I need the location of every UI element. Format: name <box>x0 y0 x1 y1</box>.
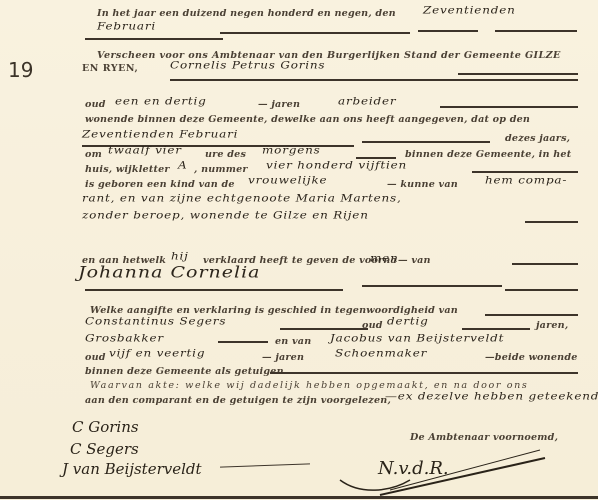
print-om: om <box>85 149 102 160</box>
hand-hem-compa: hem compa- <box>485 174 567 186</box>
signature-official-flourish <box>330 440 560 500</box>
rule <box>218 341 268 343</box>
birth-certificate-page: 19 In het jaar een duizend negen honderd… <box>0 0 598 500</box>
print-huis-wijkletter: huis, wijkletter <box>85 164 170 175</box>
hand-house-number: vier honderd vijftien <box>266 159 407 171</box>
margin-record-number: 19 <box>8 58 33 82</box>
signature-witness-1: C Segers <box>70 440 139 458</box>
print-jaren-3: — jaren <box>262 352 304 363</box>
print-geboren: is geboren een kind van de <box>85 179 235 190</box>
rule <box>170 79 578 81</box>
print-oud: oud <box>85 99 106 110</box>
print-als-getuigen: binnen deze Gemeente als getuigen <box>85 366 284 377</box>
hand-declarant-age: een en dertig <box>115 95 207 107</box>
hand-sex: vrouwelijke <box>248 174 327 186</box>
print-binnen-gemeente: binnen deze Gemeente, in het <box>405 149 571 160</box>
rule <box>418 30 478 32</box>
print-line-6: wonende binnen deze Gemeente, dewelke aa… <box>85 114 530 125</box>
hand-signed-note: —ex dezelve hebben geteekend <box>385 390 598 402</box>
rule <box>512 263 578 265</box>
rule <box>362 285 502 287</box>
hand-mother: rant, en van zijne echtgenoote Maria Mar… <box>82 192 402 204</box>
hand-birth-date: Zeventienden Februari <box>82 128 238 140</box>
rule <box>472 171 578 173</box>
hand-morgens: morgens <box>262 144 321 156</box>
hand-witness1-age: dertig <box>387 315 429 327</box>
rule <box>220 32 410 34</box>
print-oud-2: oud <box>362 320 383 331</box>
print-beide-wonende: —beide wonende <box>485 352 578 363</box>
hand-witness2-age: vijf en veertig <box>109 347 205 359</box>
hand-witness1-occupation: Grosbakker <box>85 332 164 344</box>
print-van: — van <box>398 255 431 266</box>
print-line-1: In het jaar een duizend negen honderd en… <box>97 8 396 19</box>
hand-mother-residence: zonder beroep, wonende te Gilze en Rijen <box>82 209 369 221</box>
rule <box>525 221 578 223</box>
hand-wijkletter: A <box>178 159 187 171</box>
hand-child-name: Johanna Cornelia <box>78 263 260 282</box>
rule <box>85 289 343 291</box>
rule <box>485 314 578 316</box>
rule <box>462 328 530 330</box>
hand-men: men <box>370 252 399 264</box>
hand-declarant-occupation: arbeider <box>338 95 396 107</box>
hand-hij: hij <box>171 250 189 262</box>
print-ure-des: ure des <box>205 149 246 160</box>
rule <box>505 289 578 291</box>
print-jaren: — jaren <box>258 99 300 110</box>
print-nummer: , nummer <box>194 164 248 175</box>
rule <box>85 38 223 40</box>
hand-witness1-name: Constantinus Segers <box>85 315 226 327</box>
rule <box>362 141 490 143</box>
rule <box>495 30 577 32</box>
hand-birth-hour: twaalf vier <box>108 144 182 156</box>
signature-declarant: C Gorins <box>72 418 139 436</box>
hand-month: Februari <box>97 20 156 32</box>
signature-flourish <box>220 463 310 467</box>
print-voorgelezen: aan den comparant en de getuigen te zijn… <box>85 395 391 406</box>
print-kunne-van: — kunne van <box>387 179 458 190</box>
hand-witness2-name: Jacobus van Beijsterveldt <box>330 332 504 344</box>
print-line-3: Verscheen voor ons Ambtenaar van den Bur… <box>97 50 561 61</box>
bottom-rule <box>0 496 598 499</box>
print-jaren-2: jaren, <box>536 320 568 331</box>
hand-witness2-occupation: Schoenmaker <box>335 347 427 359</box>
rule <box>280 328 368 330</box>
hand-declarant-name: Cornelis Petrus Gorins <box>170 59 325 71</box>
rule <box>270 372 578 374</box>
signature-witness-2: J van Beijsterveldt <box>62 460 202 478</box>
rule <box>440 106 578 108</box>
print-en-van: en van <box>275 336 311 347</box>
print-en-ryen: EN RYEN, <box>82 63 138 74</box>
hand-day: Zeventienden <box>423 4 516 16</box>
print-dezes-jaars: dezes jaars, <box>505 133 570 144</box>
print-oud-3: oud <box>85 352 106 363</box>
rule <box>458 73 578 75</box>
